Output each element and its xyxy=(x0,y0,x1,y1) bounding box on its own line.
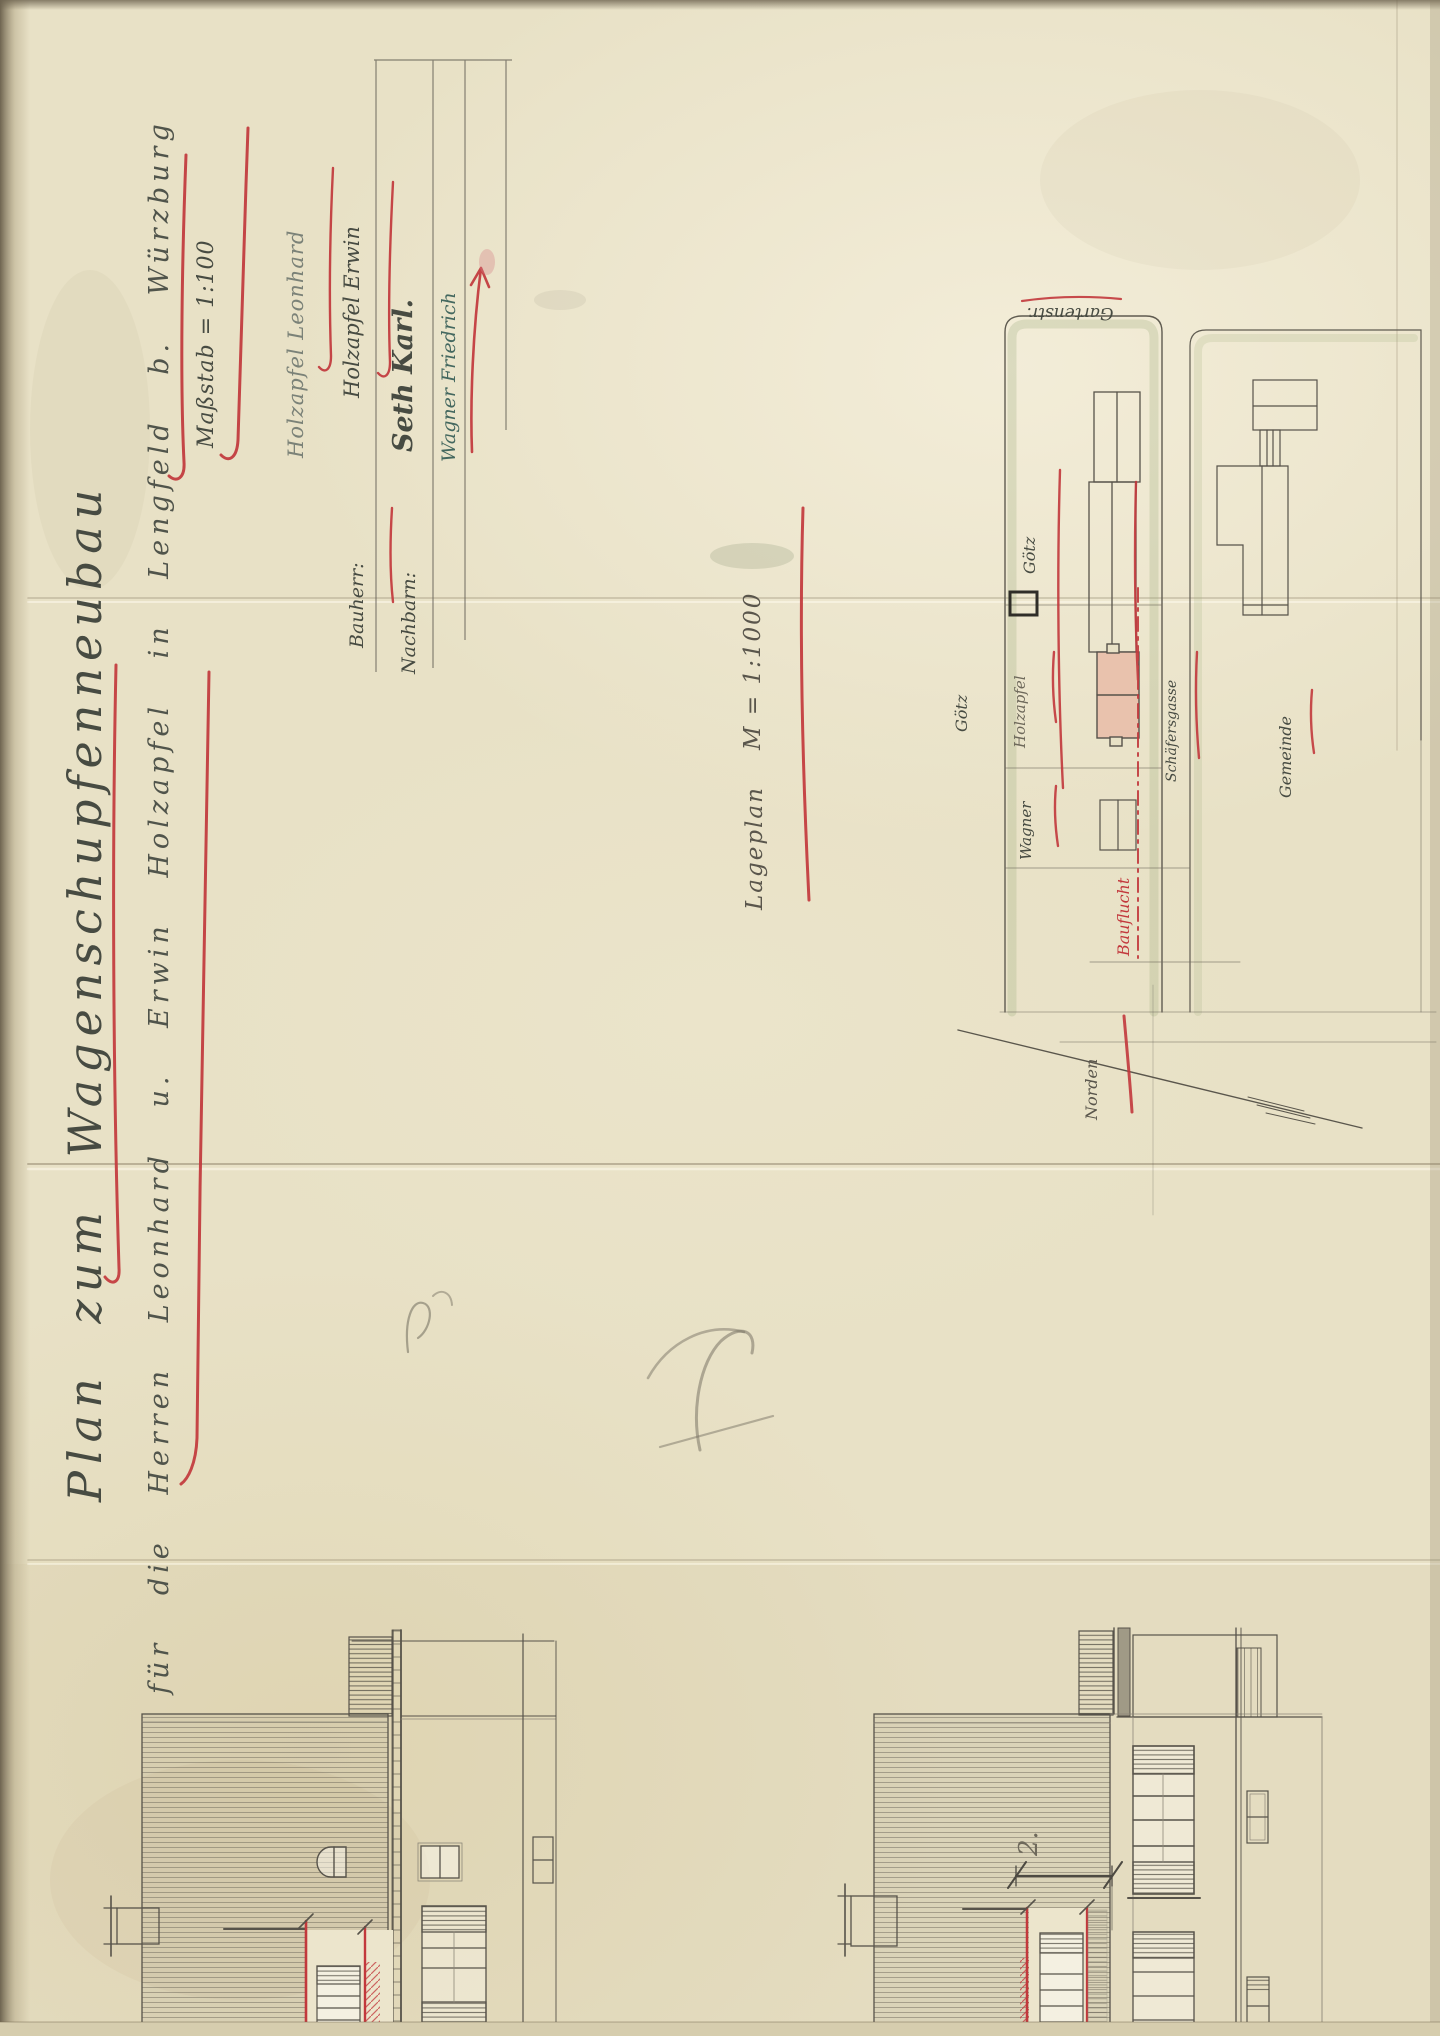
north-arrow xyxy=(958,985,1362,1215)
red-divider-labels xyxy=(391,508,393,602)
title-line-1: Plan zum Wagenschupfenneubau xyxy=(62,412,108,1502)
label-bauherr: Bauherr: xyxy=(348,562,367,648)
chimney-left xyxy=(349,1637,392,1716)
building-small-shed xyxy=(1100,800,1136,850)
scanned-plan-sheet: Plan zum Wagenschupfenneubau für die Her… xyxy=(0,0,1440,2036)
parcel-label-wagner: Wagner xyxy=(1019,802,1034,860)
shuttered-window-left xyxy=(418,1906,490,2032)
building-existing-barn xyxy=(1089,392,1140,652)
underline-title-line2-lower xyxy=(181,672,209,1484)
new-door-opening-right xyxy=(1020,1900,1094,2036)
parcel-label-holzapfel: Holzapfel xyxy=(1013,675,1028,748)
title-line-2: für die Herren Leonhard u. Erwin Holzapf… xyxy=(146,144,173,1694)
label-gemeinde: Gemeinde xyxy=(1278,716,1294,798)
door-ladder-window-right xyxy=(1040,1933,1083,2036)
rear-lane-lines xyxy=(1000,1012,1436,1042)
gable-window-left xyxy=(317,1847,346,1877)
parcel-label-goetz-2: Götz xyxy=(954,695,970,732)
chimney-dark-right xyxy=(1118,1628,1130,1716)
underline-name-leonhard xyxy=(319,168,333,370)
red-arrow xyxy=(471,268,489,452)
gartenstr-underline xyxy=(1022,297,1121,301)
name-seth-karl: Seth Karl. xyxy=(390,299,417,452)
new-door-opening-left xyxy=(299,1914,393,2036)
parcel-neighbor-outline xyxy=(1190,330,1421,1012)
underline-scale-note xyxy=(221,128,248,459)
label-nachbarn: Nachbarn: xyxy=(400,572,419,674)
site-plan-red-marks xyxy=(1022,297,1314,958)
name-wagner-friedrich: Wagner Friedrich xyxy=(440,292,459,462)
label-norden: Norden xyxy=(1084,1059,1100,1120)
lower-window-right xyxy=(1133,1932,1194,2036)
sketch-number: 2. xyxy=(1016,1831,1042,1856)
pencil-scribbles xyxy=(407,1292,773,1450)
street-label-gartenstr: Gartenstr. xyxy=(1014,304,1126,321)
siteplan-caption: Lageplan xyxy=(744,786,767,910)
building-new-wagenschupfen xyxy=(1097,644,1139,746)
window-pair-left xyxy=(418,1843,462,1881)
name-holzapfel-erwin: Holzapfel Erwin xyxy=(342,226,363,398)
name-holzapfel-leonhard: Holzapfel Leonhard xyxy=(286,230,307,458)
tall-shuttered-window-right xyxy=(1128,1746,1200,1898)
label-schaefersgasse: Schäfersgasse xyxy=(1165,680,1179,782)
site-plan-drawing xyxy=(1000,297,1436,1042)
chimney-right xyxy=(1079,1631,1113,1715)
building-neighbor-l-shape xyxy=(1217,380,1317,615)
label-bauflucht: Bauflucht xyxy=(1116,878,1132,956)
scale-note: Maßstab = 1:100 xyxy=(196,240,218,449)
siteplan-scale: M = 1:1000 xyxy=(742,592,765,750)
underline-lageplan xyxy=(801,508,809,900)
wall-edge-left xyxy=(392,1630,401,2036)
parcel-label-goetz-1: Götz xyxy=(1022,537,1038,574)
